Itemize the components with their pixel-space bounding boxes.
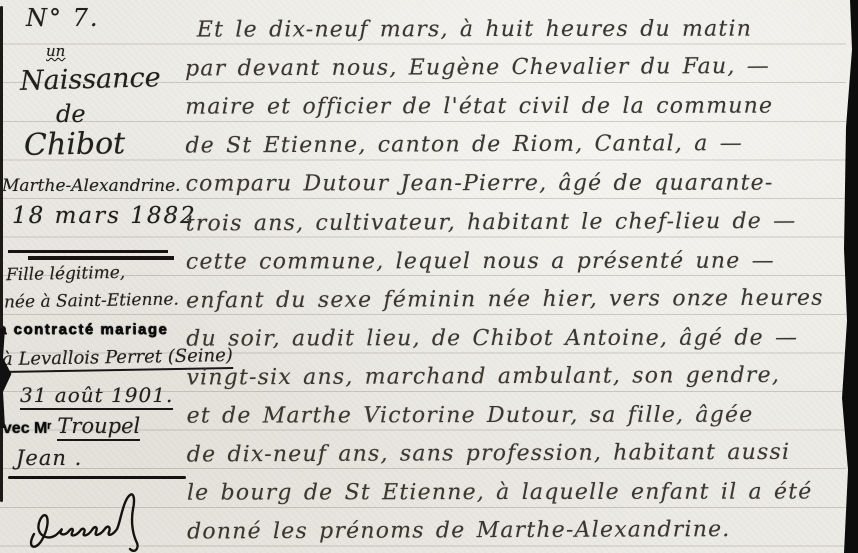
body-line: de St Etienne, canton de Riom, Cantal, a…	[185, 120, 849, 161]
body-line: de dix-neuf ans, sans profession, habita…	[187, 429, 851, 470]
act-number: N° 7.	[26, 4, 100, 32]
legitimacy-note: Fille légitime,	[6, 263, 126, 285]
marriage-date-text: 31 août 1901.	[20, 383, 173, 410]
margin-column: N° 7. un Naissance de Chibot Marthe-Alex…	[0, 0, 205, 553]
register-page: N° 7. un Naissance de Chibot Marthe-Alex…	[0, 0, 858, 553]
margin-separator-top	[8, 250, 168, 253]
body-line: vingt-six ans, marchand ambulant, son ge…	[186, 352, 850, 393]
child-firstnames: Marthe-Alexandrine.	[2, 176, 181, 196]
marriage-date: 31 août 1901.	[20, 383, 173, 407]
body-line: maire et officier de l'état civil de la …	[185, 83, 849, 123]
birthplace-note: née à Saint-Etienne.	[4, 289, 179, 312]
marriage-with-stamp: avec Mʳ	[0, 420, 51, 437]
body-line: cette commune, lequel nous a présenté un…	[186, 237, 850, 277]
paraph-un: un	[46, 42, 65, 60]
body-text: Et le dix-neuf mars, à huit heures du ma…	[185, 5, 851, 548]
body-line: et de Marthe Victorine Dutour, sa fille,…	[187, 391, 851, 431]
margin-separator-bottom	[28, 256, 174, 260]
child-surname: Chibot	[24, 126, 126, 163]
body-line: le bourg de St Etienne, à laquelle enfan…	[187, 469, 851, 509]
body-line: du soir, audit lieu, de Chibot Antoine, …	[186, 314, 850, 354]
body-line: Et le dix-neuf mars, à huit heures du ma…	[185, 5, 849, 45]
body-line: trois ans, cultivateur, habitant le chef…	[186, 198, 850, 239]
marriage-spouse-row: avec MʳTroupel	[0, 414, 140, 438]
act-date: 18 mars 1882.	[12, 203, 206, 229]
body-line: par devant nous, Eugène Chevalier du Fau…	[185, 43, 849, 84]
body-line: comparu Dutour Jean-Pierre, âgé de quara…	[186, 160, 850, 200]
signature	[24, 486, 174, 552]
body-line: enfant du sexe féminin née hier, vers on…	[186, 275, 850, 316]
spouse-firstname: Jean .	[16, 446, 82, 470]
act-type-de: de	[56, 100, 86, 128]
spouse-surname: Troupel	[57, 414, 140, 441]
body-line: donné les prénoms de Marthe-Alexandrine.	[187, 506, 851, 547]
act-type: Naissance	[20, 62, 161, 97]
spouse-underline	[8, 476, 186, 479]
marriage-stamp: a contracté mariage	[0, 321, 168, 338]
